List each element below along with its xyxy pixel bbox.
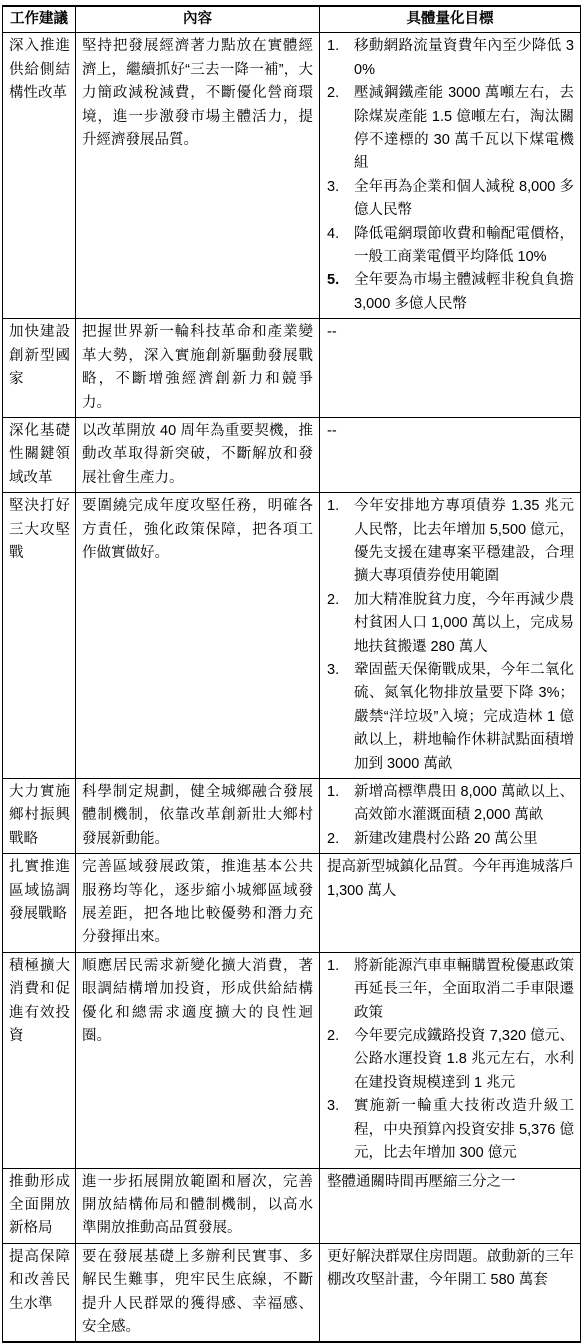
goal-text: 降低電網環節收費和輸配電價格，一般工商業電價平均降低 10%	[354, 223, 574, 270]
header-suggestion: 工作建議	[3, 6, 76, 33]
table-row: 深入推進供給側結構性改革 堅持把發展經濟著力點放在實體經濟上，繼續抓好“三去一降…	[3, 33, 581, 319]
goal-text: 鞏固藍天保衛戰成果，今年二氧化硫、氮氧化物排放量要下降 3%；嚴禁“洋垃圾”入境…	[354, 659, 574, 776]
header-row: 工作建議 內容 具體量化目標	[3, 6, 581, 33]
goals-cell: --	[320, 417, 581, 492]
goal-text: 將新能源汽車車輛購置稅優惠政策再延長三年，全面取消二手車限遷政策	[354, 955, 574, 1025]
goal-item: 3.實施新一輪重大技術改造升級工程，中央預算內投資安排 5,376 億元，比去年…	[327, 1095, 574, 1165]
goals-cell: 整體通關時間再壓縮三分之一	[320, 1168, 581, 1243]
suggestion-cell: 深化基礎性關鍵領域改革	[3, 417, 76, 492]
content-cell: 堅持把發展經濟著力點放在實體經濟上，繼續抓好“三去一降一補”，大力簡政減稅減費，…	[76, 33, 320, 319]
goal-number: 5.	[327, 269, 354, 316]
goal-item: 1.新增高標準農田 8,000 萬畝以上、高效節水灌溉面積 2,000 萬畝	[327, 781, 574, 828]
goal-text: 今年安排地方專項債券 1.35 兆元人民幣，比去年增加 5,500 億元，優先支…	[354, 495, 574, 589]
goal-text: 加大精准脫貧力度，今年再減少農村貧困人口 1,000 萬以上，完成易地扶貧搬遷 …	[354, 589, 574, 659]
table-row: 提高保障和改善民生水準 要在發展基礎上多辦利民實事、多解民生難事，兜牢民生底線，…	[3, 1243, 581, 1342]
suggestion-cell: 深入推進供給側結構性改革	[3, 33, 76, 319]
table-row: 大力實施鄉村振興戰略 科學制定規劃，健全城鄉融合發展體制機制，依靠改革創新壯大鄉…	[3, 779, 581, 854]
goal-number: 1.	[327, 781, 354, 828]
table-row: 加快建設創新型國家 把握世界新一輪科技革命和產業變革大勢，深入實施創新驅動發展戰…	[3, 319, 581, 418]
content-cell: 要圍繞完成年度攻堅任務，明確各方責任，強化政策保障，把各項工作做實做好。	[76, 493, 320, 779]
content-cell: 以改革開放 40 周年為重要契機，推動改革取得新突破，不斷解放和發展社會生產力。	[76, 417, 320, 492]
header-goals: 具體量化目標	[320, 6, 581, 33]
goal-text: 今年要完成鐵路投資 7,320 億元、公路水運投資 1.8 兆元左右，水利在建投…	[354, 1025, 574, 1095]
header-content: 內容	[76, 6, 320, 33]
goal-number: 4.	[327, 223, 354, 270]
suggestion-cell: 積極擴大消費和促進有效投資	[3, 952, 76, 1168]
suggestion-cell: 提高保障和改善民生水準	[3, 1243, 76, 1342]
goal-number: 3.	[327, 659, 354, 776]
work-suggestions-table: 工作建議 內容 具體量化目標 深入推進供給側結構性改革 堅持把發展經濟著力點放在…	[2, 5, 581, 1343]
content-cell: 進一步拓展開放範圍和層次，完善開放結構佈局和體制機制，以高水準開放推動高品質發展…	[76, 1168, 320, 1243]
table-row: 深化基礎性關鍵領域改革 以改革開放 40 周年為重要契機，推動改革取得新突破，不…	[3, 417, 581, 492]
goal-item: 3.全年再為企業和個人減稅 8,000 多億人民幣	[327, 176, 574, 223]
goal-item: 4.降低電網環節收費和輸配電價格，一般工商業電價平均降低 10%	[327, 223, 574, 270]
content-cell: 要在發展基礎上多辦利民實事、多解民生難事，兜牢民生底線，不斷提升人民群眾的獲得感…	[76, 1243, 320, 1342]
goal-number: 1.	[327, 955, 354, 1025]
goal-text: 移動網路流量資費年內至少降低 30%	[354, 35, 574, 82]
goal-item: 2.今年要完成鐵路投資 7,320 億元、公路水運投資 1.8 兆元左右，水利在…	[327, 1025, 574, 1095]
goals-cell: 1.新增高標準農田 8,000 萬畝以上、高效節水灌溉面積 2,000 萬畝 2…	[320, 779, 581, 854]
suggestion-cell: 推動形成全面開放新格局	[3, 1168, 76, 1243]
goal-number: 2.	[327, 589, 354, 659]
goals-cell: 1.移動網路流量資費年內至少降低 30% 2.壓減鋼鐵產能 3000 萬噸左右，…	[320, 33, 581, 319]
goals-cell: --	[320, 319, 581, 418]
goal-item: 1.將新能源汽車車輛購置稅優惠政策再延長三年，全面取消二手車限遷政策	[327, 955, 574, 1025]
goal-number: 2.	[327, 828, 354, 851]
table-row: 推動形成全面開放新格局 進一步拓展開放範圍和層次，完善開放結構佈局和體制機制，以…	[3, 1168, 581, 1243]
goal-text: 更好解決群眾住房問題。啟動新的三年棚改攻堅計畫，今年開工 580 萬套	[327, 1246, 574, 1293]
suggestion-cell: 堅決打好三大攻堅戰	[3, 493, 76, 779]
goal-text: 實施新一輪重大技術改造升級工程，中央預算內投資安排 5,376 億元，比去年增加…	[354, 1095, 574, 1165]
goal-item: 1.移動網路流量資費年內至少降低 30%	[327, 35, 574, 82]
goal-number: 3.	[327, 176, 354, 223]
table-row: 積極擴大消費和促進有效投資 順應居民需求新變化擴大消費，著眼調結構增加投資，形成…	[3, 952, 581, 1168]
goals-cell: 1.將新能源汽車車輛購置稅優惠政策再延長三年，全面取消二手車限遷政策 2.今年要…	[320, 952, 581, 1168]
goal-number: 2.	[327, 1025, 354, 1095]
goal-number: 2.	[327, 82, 354, 176]
goals-cell: 提高新型城鎮化品質。今年再進城落戶 1,300 萬人	[320, 854, 581, 953]
goals-cell: 1.今年安排地方專項債券 1.35 兆元人民幣，比去年增加 5,500 億元，優…	[320, 493, 581, 779]
goal-text: 新建改建農村公路 20 萬公里	[354, 828, 574, 851]
goal-text: 壓減鋼鐵產能 3000 萬噸左右，去除煤炭產能 1.5 億噸左右，淘汰關停不達標…	[354, 82, 574, 176]
goal-item: 2.壓減鋼鐵產能 3000 萬噸左右，去除煤炭產能 1.5 億噸左右，淘汰關停不…	[327, 82, 574, 176]
goal-number: 3.	[327, 1095, 354, 1165]
content-cell: 科學制定規劃，健全城鄉融合發展體制機制，依靠改革創新壯大鄉村發展新動能。	[76, 779, 320, 854]
content-cell: 把握世界新一輪科技革命和產業變革大勢，深入實施創新驅動發展戰略，不斷增強經濟創新…	[76, 319, 320, 418]
goal-text: 整體通關時間再壓縮三分之一	[327, 1171, 574, 1194]
table-row: 扎實推進區域協調發展戰略 完善區域發展政策，推進基本公共服務均等化，逐步縮小城鄉…	[3, 854, 581, 953]
content-cell: 完善區域發展政策，推進基本公共服務均等化，逐步縮小城鄉區域發展差距，把各地比較優…	[76, 854, 320, 953]
goal-text: --	[327, 321, 574, 344]
goal-item: 2.新建改建農村公路 20 萬公里	[327, 828, 574, 851]
goal-text: 新增高標準農田 8,000 萬畝以上、高效節水灌溉面積 2,000 萬畝	[354, 781, 574, 828]
goal-item: 5.全年要為市場主體減輕非稅負負擔 3,000 多億人民幣	[327, 269, 574, 316]
goal-text: 提高新型城鎮化品質。今年再進城落戶 1,300 萬人	[327, 856, 574, 903]
suggestion-cell: 大力實施鄉村振興戰略	[3, 779, 76, 854]
goal-number: 1.	[327, 35, 354, 82]
content-cell: 順應居民需求新變化擴大消費，著眼調結構增加投資，形成供給結構優化和總需求適度擴大…	[76, 952, 320, 1168]
table-row: 堅決打好三大攻堅戰 要圍繞完成年度攻堅任務，明確各方責任，強化政策保障，把各項工…	[3, 493, 581, 779]
goal-item: 2.加大精准脫貧力度，今年再減少農村貧困人口 1,000 萬以上，完成易地扶貧搬…	[327, 589, 574, 659]
suggestion-cell: 加快建設創新型國家	[3, 319, 76, 418]
goal-item: 1.今年安排地方專項債券 1.35 兆元人民幣，比去年增加 5,500 億元，優…	[327, 495, 574, 589]
goal-text: --	[327, 420, 574, 443]
goal-text: 全年要為市場主體減輕非稅負負擔 3,000 多億人民幣	[354, 269, 574, 316]
goal-text: 全年再為企業和個人減稅 8,000 多億人民幣	[354, 176, 574, 223]
goal-item: 3.鞏固藍天保衛戰成果，今年二氧化硫、氮氧化物排放量要下降 3%；嚴禁“洋垃圾”…	[327, 659, 574, 776]
goal-number: 1.	[327, 495, 354, 589]
suggestion-cell: 扎實推進區域協調發展戰略	[3, 854, 76, 953]
goals-cell: 更好解決群眾住房問題。啟動新的三年棚改攻堅計畫，今年開工 580 萬套	[320, 1243, 581, 1342]
